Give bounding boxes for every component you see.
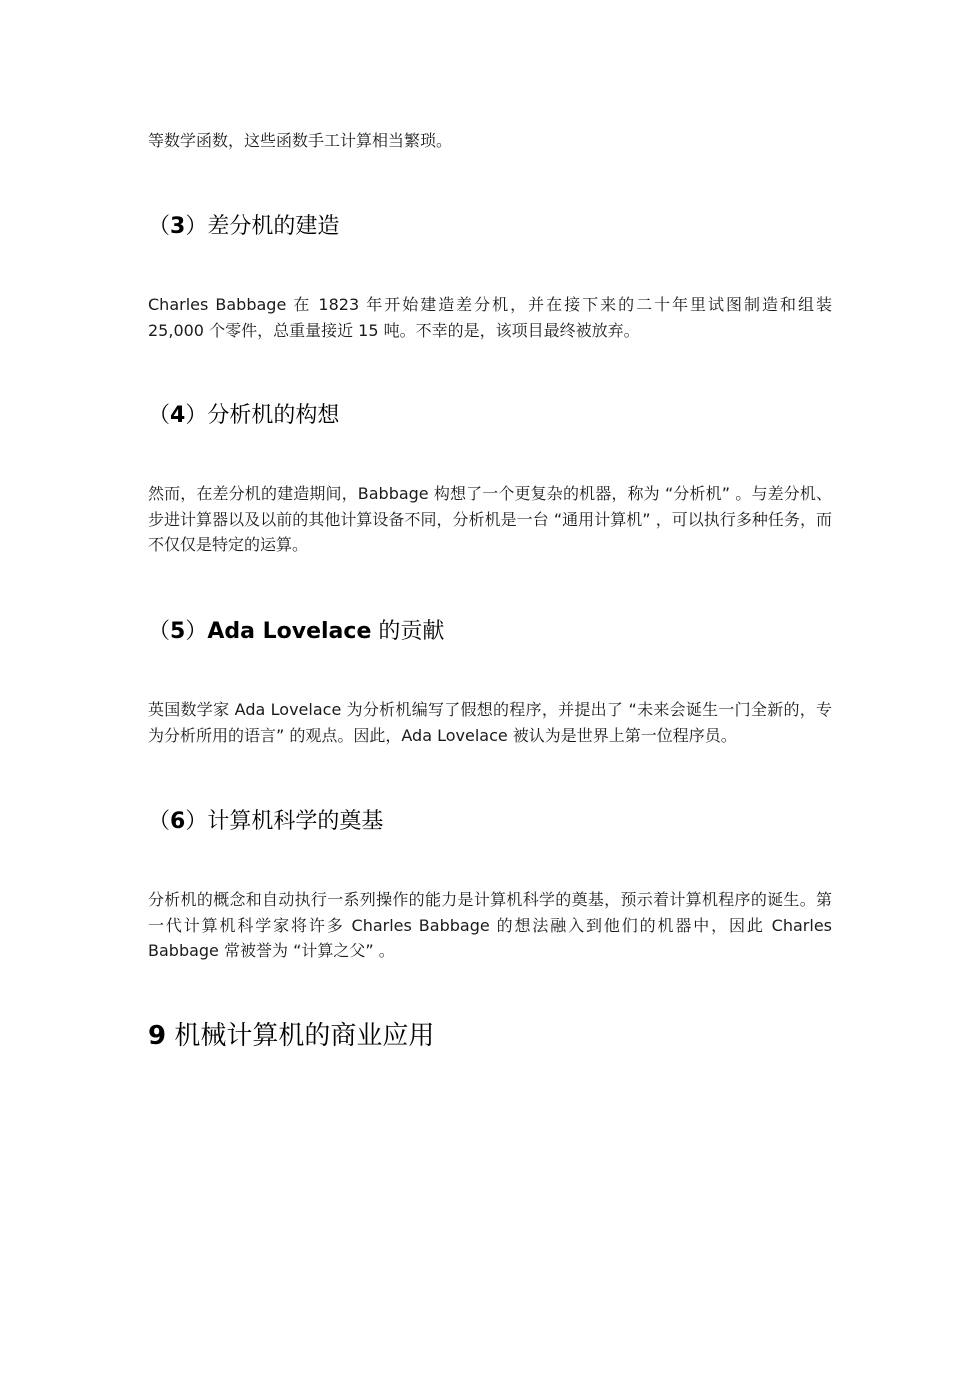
heading-close-paren: ）	[185, 403, 207, 428]
heading-number: 4	[170, 403, 185, 428]
heading-title: 计算机科学的奠基	[207, 809, 383, 834]
heading-close-paren: ）	[185, 809, 207, 834]
chapter-heading-9: 9 机械计算机的商业应用	[148, 1019, 434, 1053]
chapter-number: 9	[148, 1021, 166, 1051]
heading-close-paren: ）	[185, 214, 207, 239]
section-body-4: 然而，在差分机的建造期间，Babbage 构想了一个更复杂的机器，称为 “分析机…	[148, 481, 832, 558]
heading-open-paren: （	[148, 809, 170, 834]
section-body-5: 英国数学家 Ada Lovelace 为分析机编写了假想的程序，并提出了 “未来…	[148, 697, 832, 748]
heading-title: 差分机的建造	[207, 214, 339, 239]
section-body-6: 分析机的概念和自动执行一系列操作的能力是计算机科学的奠基，预示着计算机程序的诞生…	[148, 887, 832, 964]
intro-paragraph-fragment: 等数学函数，这些函数手工计算相当繁琐。	[148, 128, 832, 154]
section-heading-5: （5）Ada Lovelace 的贡献	[148, 617, 444, 647]
heading-open-paren: （	[148, 619, 170, 644]
section-heading-3: （3）差分机的建造	[148, 212, 339, 242]
chapter-title: 机械计算机的商业应用	[166, 1021, 434, 1051]
heading-title: 的贡献	[371, 619, 444, 644]
heading-title: 分析机的构想	[207, 403, 339, 428]
section-heading-4: （4）分析机的构想	[148, 401, 339, 431]
heading-open-paren: （	[148, 403, 170, 428]
heading-open-paren: （	[148, 214, 170, 239]
heading-number: 3	[170, 214, 185, 239]
heading-number: 6	[170, 809, 185, 834]
heading-close-paren: ）	[185, 619, 207, 644]
heading-title-name: Ada Lovelace	[207, 619, 371, 644]
section-body-3: Charles Babbage 在 1823 年开始建造差分机，并在接下来的二十…	[148, 292, 832, 343]
heading-number: 5	[170, 619, 185, 644]
section-heading-6: （6）计算机科学的奠基	[148, 807, 383, 837]
